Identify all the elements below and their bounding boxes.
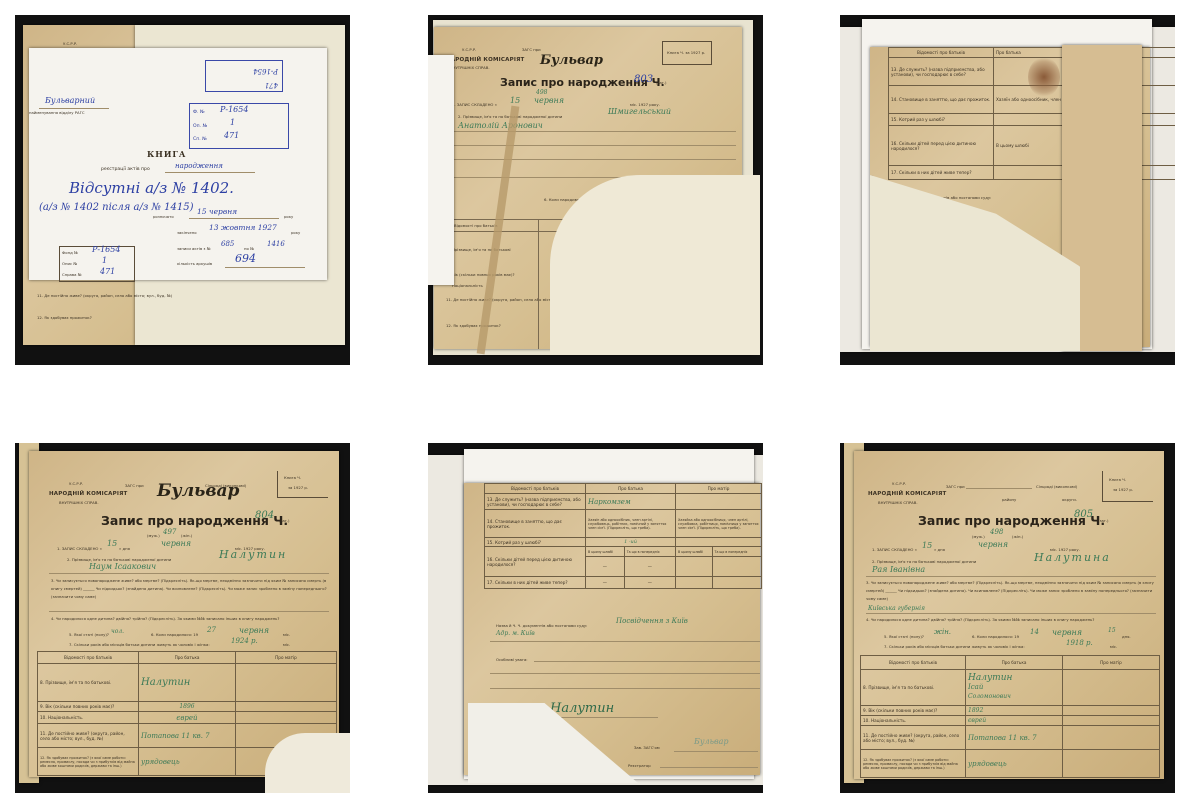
registrar-label: Реєстратор <box>628 763 651 768</box>
archive-stamp-middle: Ф. № Р-1654 Оп. № 1 Сп. № 471 <box>189 103 289 149</box>
torn-area-blank-page <box>550 175 760 355</box>
child-sex: чол. <box>111 628 124 635</box>
pages-value: 694 <box>235 252 256 265</box>
missing-record-note: Відсутні а/з № 1402. <box>69 179 234 197</box>
table-row: 8. Прізвище, ім'я та по батькові. Налути… <box>861 670 1160 706</box>
applicant-signature: Налутин <box>550 701 614 716</box>
child-name: Наум Ісаакович <box>89 562 156 571</box>
record-month: червня <box>161 539 191 548</box>
table-row: 8. Прізвище, ім'я та по батькові. Налути… <box>38 664 337 702</box>
child-sex: жін. <box>934 628 951 636</box>
child-name: Рая Іванівна <box>872 565 925 574</box>
book-title: КНИГА <box>147 149 186 159</box>
photo-record-803[interactable]: У.С.Р.Р. НАРОДНІЙ КОМІСАРІЯТ ВНУТРІШНІХ … <box>428 15 763 365</box>
archive-stamp-bottom: Фонд № Р-1654 Опис № 1 Справа № 471 <box>59 246 135 282</box>
pages-label: кількість аркушів <box>177 261 212 266</box>
registration-label: реєстрації актів про <box>101 167 150 172</box>
official-signature: Бульвар <box>157 481 239 501</box>
table-row: 17. Скільки в них дітей живе тепер? — — <box>485 577 762 589</box>
started-label: розпочато <box>153 214 174 219</box>
table-row: 9. Вік (скільки повних років має)? 1892 <box>861 706 1160 716</box>
question-4-text: 4. Чи народилося одне дитина? двійня? тр… <box>51 615 329 623</box>
question-4-text: 4. Чи народилося одне дитина? двійня? тр… <box>866 616 1156 624</box>
record-day: 15 <box>922 541 932 550</box>
ministry-name: НАРОДНІЙ КОМІСАРІЯТ <box>446 57 524 63</box>
missing-record-note-2: (а/з № 1402 після а/з № 1415) <box>39 202 194 213</box>
photo-record-reverse-covered[interactable]: Відомості про батьківПро батька 13. Де с… <box>840 15 1175 365</box>
parents-table: Відомості про батьків Про батька Про мат… <box>860 655 1160 778</box>
started-value: 15 червня <box>197 207 237 216</box>
table-row: 14. Становище в заняттю, що дає прожиток… <box>485 510 762 538</box>
ministry-name: НАРОДНІЙ КОМІСАРІЯТ <box>868 491 946 497</box>
documents-label: Назва й Ч. Ч. документів або постанови с… <box>496 623 587 628</box>
photo-record-805[interactable]: У.С.Р.Р. НАРОДНІЙ КОМІСАРІЯТ ВНУТРІШНІХ … <box>840 443 1175 793</box>
record-number: 804 <box>255 510 274 521</box>
under-text-11: 11. Де постійно живе? (округа, район, се… <box>37 293 172 298</box>
birth-month: червня <box>239 626 269 635</box>
office-name: Бульварний <box>45 96 95 105</box>
torn-corner <box>265 733 350 793</box>
table-row: 12. Як здобуває прожиток? (з якої саме р… <box>861 750 1160 778</box>
record-month: червня <box>978 540 1008 549</box>
book-number-box: Книга Ч. за 1927 р. <box>662 41 712 65</box>
stain <box>1028 57 1060 97</box>
book-number-box: Книга Ч. за 1927 р. <box>277 471 328 498</box>
white-insert-left <box>428 55 454 285</box>
table-row: 10. Національність. єврей <box>861 716 1160 726</box>
photo-record-804[interactable]: У.С.Р.Р. НАРОДНІЙ КОМІСАРІЯТ ВНУТРІШНІХ … <box>15 443 350 793</box>
table-row: 13. Де служить? (назва підприємства, або… <box>485 494 762 510</box>
parents-table: Відомості про батьків Про батька Про мат… <box>484 483 762 589</box>
table-row: 9. Вік (скільки повних років має)? 1896 <box>38 702 337 712</box>
record-sheet: У.С.Р.Р. НАРОДНІЙ КОМІСАРІЯТ ВНУТРІШНІХ … <box>29 451 339 777</box>
child-surname: Шмигельський <box>608 107 671 116</box>
record-sheet: У.С.Р.Р. НАРОДНІЙ КОМІСАРІЯТ ВНУТРІШНІХ … <box>854 451 1164 779</box>
question-3-text: 3. Чи записується новонароджене живе? аб… <box>51 577 329 601</box>
photo-record-reverse-signed[interactable]: Відомості про батьків Про батька Про мат… <box>428 443 763 793</box>
finished-value: 13 жовтня 1927 <box>209 223 277 232</box>
question-3-text: 3. Чи записується новонароджене живе? аб… <box>866 579 1156 603</box>
record-day: 15 <box>107 539 117 548</box>
table-row: 10. Національність. єврей <box>38 712 337 724</box>
registration-value: народження <box>175 162 223 170</box>
child-surname: Налутина <box>1034 551 1111 564</box>
birth-month: червня <box>1052 628 1082 637</box>
head-zags-label: Зав. ЗАГС'ом <box>634 745 660 750</box>
photo-book-cover[interactable]: У.С.Р.Р. Бульварний найменування відділу… <box>15 15 350 365</box>
head-zags-signature: Бульвар <box>694 737 729 746</box>
table-row: 11. Де постійно живе? (округа, район, се… <box>861 726 1160 750</box>
ministry-name: НАРОДНІЙ КОМІСАРІЯТ <box>49 491 127 497</box>
child-surname: Налутин <box>219 548 287 561</box>
records-from: 685 <box>221 240 234 248</box>
cover-sheet: Бульварний найменування відділу РАГС 471… <box>29 48 327 280</box>
record-number: 803 <box>634 74 653 85</box>
under-text-12: 12. Як здобуває прожиток? <box>37 315 92 320</box>
finished-label: закінчено <box>177 230 197 235</box>
header-ussr: У.С.Р.Р. <box>63 41 77 46</box>
records-label: записи актів з № <box>177 246 211 251</box>
book-number-box: Книга Ч. за 1927 р. <box>1102 471 1153 502</box>
archive-stamp-top: 471 Р-1654 <box>205 60 283 92</box>
records-to: 1416 <box>267 240 285 248</box>
record-number: 805 <box>1074 509 1093 520</box>
documents-value: Посвідчення з Київ <box>616 617 688 625</box>
official-signature: Бульвар <box>540 53 603 68</box>
special-notes-label: Особливі увага: <box>496 657 528 662</box>
table-row: 15. Котрий раз у шлюбі? 1 -ий <box>485 538 762 547</box>
office-caption: найменування відділу РАГС <box>29 110 85 115</box>
